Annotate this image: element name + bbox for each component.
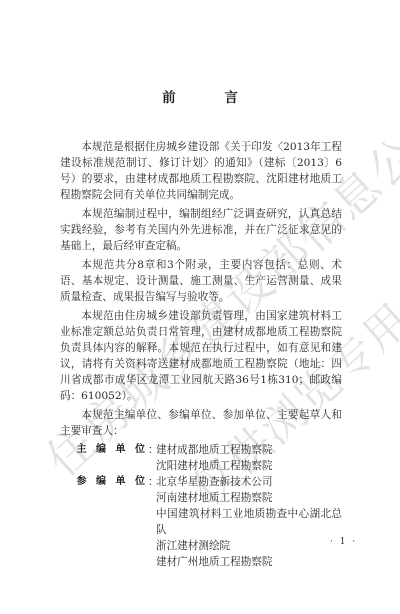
unit-item: 北京华星勘查新技术公司 [156, 474, 342, 490]
unit-item: 中国建筑材料工业地质勘查中心湖北总队 [156, 506, 342, 538]
unit-item: 浙江建材测绘院 [156, 538, 342, 554]
document-page: 住房城乡建设部信息公开 仅供浏览专用 前 言 本规范是根据住房城乡建设部《关于印… [0, 0, 400, 614]
paragraph-management: 本规范由住房城乡建设部负责管理，由国家建筑材料工业标准定额总站负责日常管理，由建… [60, 308, 342, 404]
unit-item: 沈阳建材地质工程勘察院 [156, 458, 342, 474]
participating-units-label: 参 编 单 位 [60, 474, 148, 570]
chief-units-label: 主 编 单 位 [60, 442, 148, 474]
chief-units-colon: ： [148, 442, 156, 474]
participating-units-list: 北京华星勘查新技术公司 河南建材地质工程勘察院 中国建筑材料工业地质勘查中心湖北… [156, 474, 342, 570]
paragraph-process: 本规范编制过程中，编制组经广泛调查研究，认真总结实践经验，参考有关国内外先进标准… [60, 206, 342, 254]
paragraph-basis: 本规范是根据住房城乡建设部《关于印发〈2013年工程建设标准规范制订、修订计划〉… [60, 139, 342, 203]
paragraph-contents: 本规范共分8章和3个附录，主要内容包括：总则、术语、基本规定、设计测量、施工测量… [60, 257, 342, 305]
unit-item: 建材广州地质工程勘察院 [156, 554, 342, 570]
unit-item: 建材成都地质工程勘察院 [156, 442, 342, 458]
chief-units-list: 建材成都地质工程勘察院 沈阳建材地质工程勘察院 [156, 442, 342, 474]
page-title: 前 言 [0, 86, 400, 106]
paragraph-units-intro: 本规范主编单位、参编单位、参加单位、主要起草人和主要审查人： [60, 407, 342, 439]
page-number: · 1 · [330, 537, 357, 547]
participating-units-colon: ： [148, 474, 156, 570]
participating-units-section: 参 编 单 位 ： 北京华星勘查新技术公司 河南建材地质工程勘察院 中国建筑材料… [60, 474, 342, 570]
unit-item: 河南建材地质工程勘察院 [156, 490, 342, 506]
chief-units-section: 主 编 单 位 ： 建材成都地质工程勘察院 沈阳建材地质工程勘察院 [60, 442, 342, 474]
document-body: 本规范是根据住房城乡建设部《关于印发〈2013年工程建设标准规范制订、修订计划〉… [60, 139, 342, 570]
